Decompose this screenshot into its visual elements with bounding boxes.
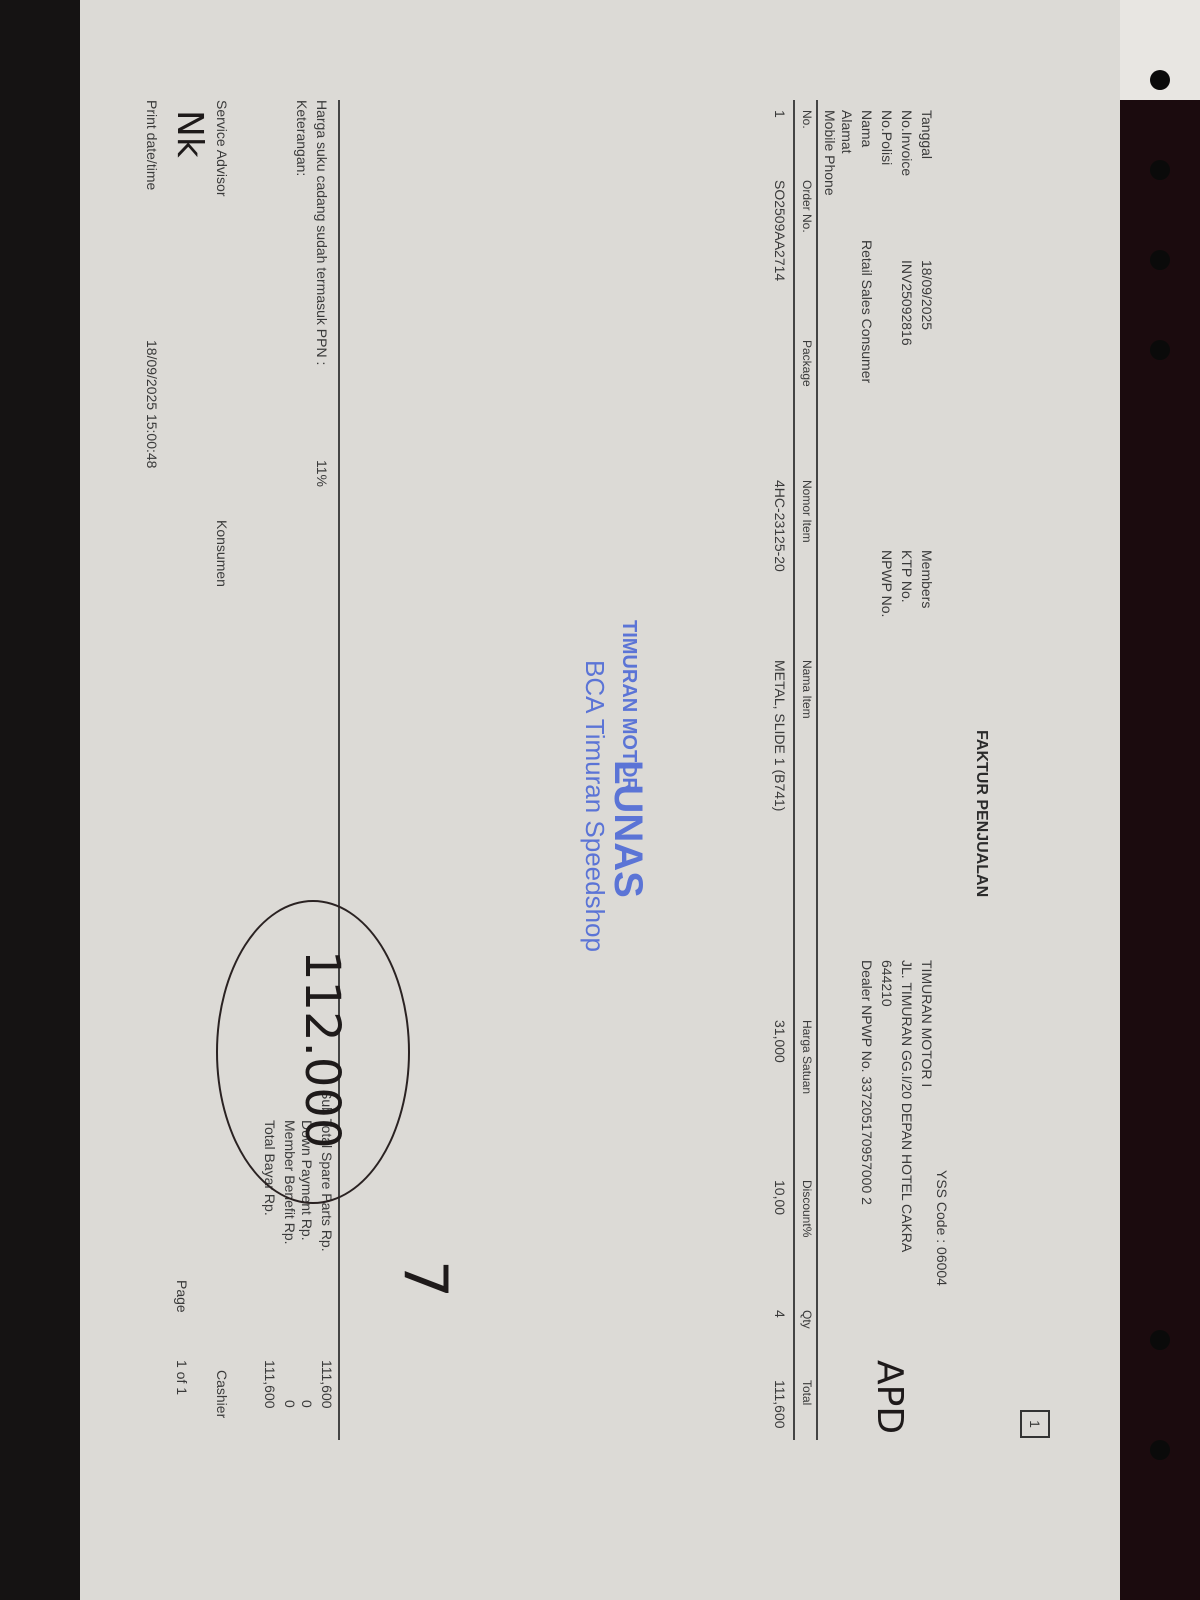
print-value: 18/09/2025 15:00:48 (144, 340, 160, 468)
table-cell: 1 (772, 110, 788, 118)
table-cell: 111,600 (772, 1380, 788, 1429)
members-label: Members (919, 550, 935, 608)
column-header: Order No. (800, 180, 814, 233)
column-header: No. (800, 110, 814, 129)
invoice-value: INV25092816 (899, 260, 915, 346)
table-cell: SO2509AA2714 (772, 180, 788, 281)
dealer-address: JL. TIMURAN GG.I/20 DEPAN HOTEL CAKRA (899, 960, 915, 1252)
nama-value: Retail Sales Consumer (859, 240, 875, 383)
total-bayar-value: 111,600 (262, 1360, 278, 1409)
column-header: Harga Satuan (800, 1020, 814, 1094)
dealer-phone: 644210 (879, 960, 895, 1007)
ppn-value: 11% (314, 460, 330, 487)
column-header: Total (800, 1380, 814, 1405)
ppn-note: Harga suku cadang sudah termasuk PPN : (314, 100, 330, 365)
table-bottom-rule (338, 100, 340, 1440)
service-advisor-label: Service Advisor (214, 100, 230, 196)
page-value: 1 of 1 (174, 1360, 190, 1395)
handwritten-initials: APD (869, 1360, 910, 1434)
invoice-content: 1 FAKTUR PENJUALAN Tanggal 18/09/2025 No… (110, 60, 1060, 1560)
invoice-label: No.Invoice (899, 110, 915, 176)
table-cell: 4 (772, 1310, 788, 1318)
page-label: Page (174, 1280, 190, 1313)
table-top-rule (816, 100, 818, 1440)
member-benefit-value: 0 (282, 1400, 298, 1408)
background-left (0, 0, 90, 1600)
invoice-title: FAKTUR PENJUALAN (972, 730, 990, 897)
table-cell: 10,00 (772, 1180, 788, 1215)
copy-number-box: 1 (1020, 1410, 1050, 1438)
stamp-lunas: LUNAS (605, 760, 650, 898)
subtotal-value: 111,600 (319, 1360, 335, 1409)
polisi-label: No.Polisi (879, 110, 895, 165)
column-header: Discount% (800, 1180, 814, 1237)
table-cell: 31,000 (772, 1020, 788, 1063)
npwp-label: NPWP No. (879, 550, 895, 617)
tanggal-label: Tanggal (919, 110, 935, 159)
table-cell: METAL, SLIDE 1 (B741) (772, 660, 788, 811)
column-header: Nomor Item (800, 480, 814, 543)
cashier-label: Cashier (214, 1370, 230, 1418)
table-cell: 4HC-23125-20 (772, 480, 788, 572)
konsumen-label: Konsumen (214, 520, 230, 587)
column-header: Package (800, 340, 814, 387)
dealer-npwp: Dealer NPWP No. 337205170957000 2 (859, 960, 875, 1205)
handwritten-amount: 112.000 (294, 950, 350, 1149)
keterangan-label: Keterangan: (294, 100, 310, 176)
yss-code: YSS Code : 06004 (934, 1170, 950, 1286)
phone-label: Mobile Phone (822, 110, 838, 196)
column-header: Qty (800, 1310, 814, 1329)
dealer-name: TIMURAN MOTOR I (919, 960, 935, 1087)
table-header-rule (793, 100, 795, 1440)
advisor-signature: Nk (169, 110, 210, 158)
handwritten-mark: 7 (390, 1260, 460, 1298)
dp-value: 0 (299, 1400, 315, 1408)
nama-label: Nama (859, 110, 875, 147)
column-header: Nama Item (800, 660, 814, 719)
tanggal-value: 18/09/2025 (919, 260, 935, 330)
tractor-feed-holes (1140, 0, 1200, 1600)
alamat-label: Alamat (839, 110, 855, 154)
stamp-bank: BCA Timuran Speedshop (579, 660, 610, 952)
print-label: Print date/time (144, 100, 160, 190)
ktp-label: KTP No. (899, 550, 915, 603)
